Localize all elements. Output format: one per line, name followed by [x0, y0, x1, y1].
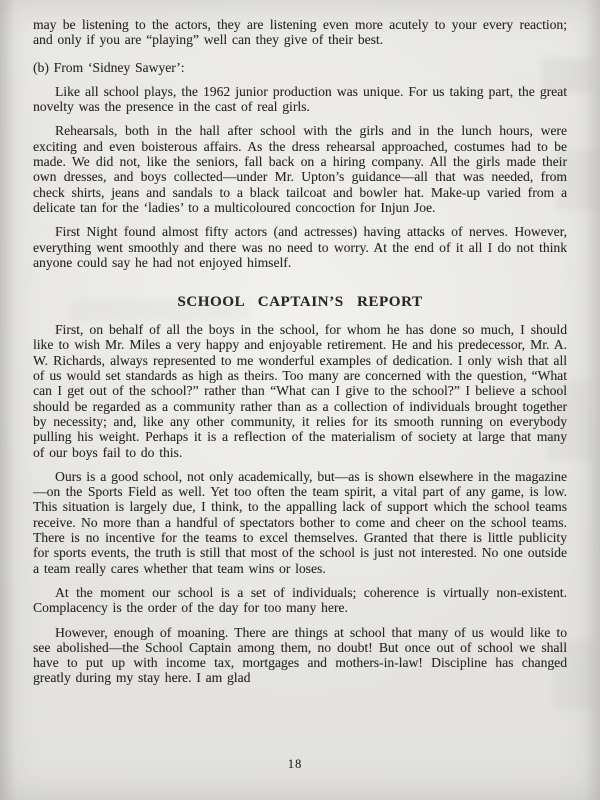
body-paragraph: Rehearsals, both in the hall after schoo…: [33, 123, 567, 215]
body-paragraph-continuation: may be listening to the actors, they are…: [33, 17, 567, 48]
body-paragraph: At the moment our school is a set of ind…: [33, 585, 567, 616]
body-paragraph: Like all school plays, the 1962 junior p…: [33, 84, 567, 115]
scanned-magazine-page: may be listening to the actors, they are…: [0, 0, 600, 800]
section-heading: SCHOOL CAPTAIN’S REPORT: [33, 294, 567, 311]
body-paragraph: However, enough of moaning. There are th…: [33, 625, 567, 686]
body-paragraph: First Night found almost fifty actors (a…: [33, 224, 567, 270]
subsection-label: (b) From ‘Sidney Sawyer’:: [33, 60, 567, 75]
body-paragraph: First, on behalf of all the boys in the …: [33, 322, 567, 460]
page-content: may be listening to the actors, they are…: [0, 0, 600, 686]
body-paragraph: Ours is a good school, not only academic…: [33, 469, 567, 576]
page-number: 18: [0, 757, 590, 772]
